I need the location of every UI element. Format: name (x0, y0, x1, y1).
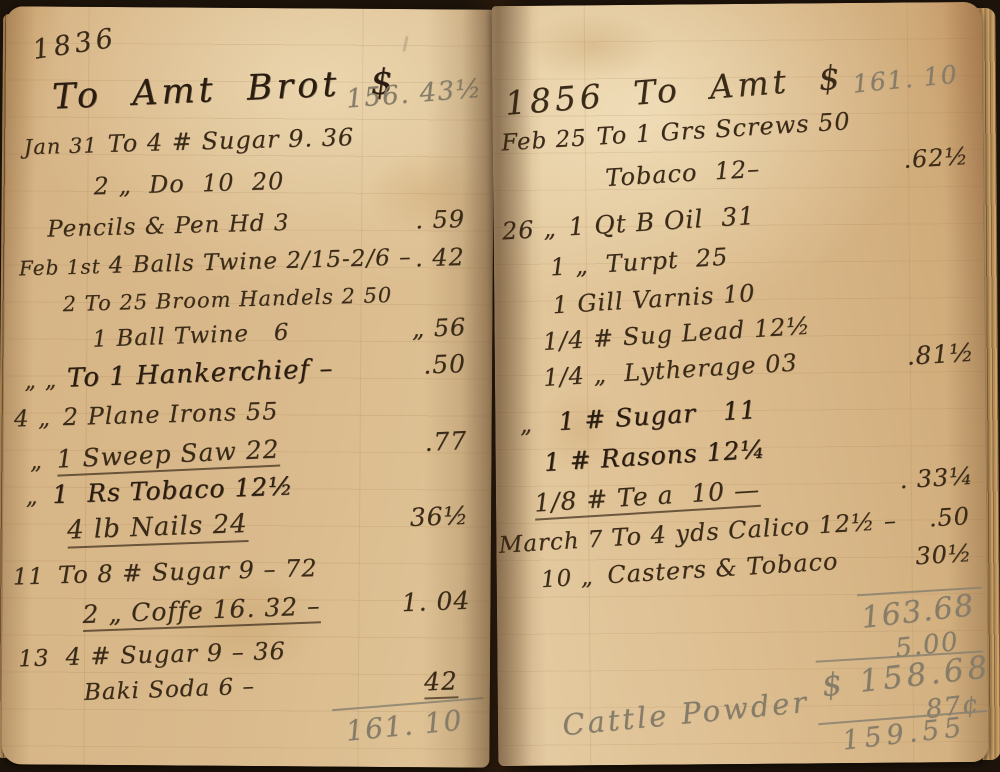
entry-value: . 42 (415, 243, 466, 272)
entry-text: 1 Qt B Oil 31 (556, 201, 756, 242)
entry-value: 30½ (915, 539, 973, 570)
left-page: 1836 To Amt Brot $ 156. 43½ Jan 31 To 4 … (1, 6, 494, 767)
entry-value: .62½ (903, 142, 970, 174)
entry-value: . 59 (415, 205, 466, 234)
left-total-pencil: 161. 10 (344, 703, 464, 747)
entry-text: 2 Plane Irons 55 (50, 397, 278, 431)
ledger-row: 4 „ 2 Plane Irons 55 (4, 391, 493, 433)
entry-date: Jan 31 (6, 133, 99, 160)
entry-text: 2 „ Coffe 16. 32 – (82, 591, 321, 632)
entry-date: „ „ (4, 368, 58, 395)
right-page: 1856 To Amt $ 161. 10 Feb 25 To 1 Grs Sc… (492, 2, 989, 766)
entry-text: 1 # Sugar 11 (532, 395, 758, 438)
entry-text: 1 Rs Tobaco 12½ (38, 471, 294, 509)
pencil-subtotal: 163.68 (859, 588, 976, 636)
entry-date: 26 „ (493, 214, 557, 246)
entry-text: 1 Sweep Saw 22 (56, 435, 280, 477)
entry-text: To 8 # Sugar 9 – 72 (44, 554, 318, 590)
entry-value: .77 (424, 426, 468, 457)
entry-date: „ (495, 412, 533, 440)
entry-value: .81½ (906, 338, 976, 371)
entry-text: 4 Balls Twine 2/15-2/6 – (100, 244, 412, 279)
ledger-row: Jan 31 To 4 # Sugar 9. 36 (5, 119, 494, 161)
entry-date: March 7 (496, 526, 604, 558)
ledger-book: 1836 To Amt Brot $ 156. 43½ Jan 31 To 4 … (0, 0, 1000, 772)
entry-date: Feb 25 (492, 125, 587, 157)
entry-value: .50 (928, 502, 971, 532)
entry-text: 1 Ball Twine 6 (4, 320, 290, 356)
ledger-row: 2 To 25 Broom Handels 2 50 (4, 280, 492, 318)
entry-text: To 1 Hankerchief – (56, 354, 333, 394)
ledger-row: 1 Ball Twine 6 „ 56 (4, 312, 493, 356)
ledger-row: 2 „ Coffe 16. 32 – 1. 04 (2, 585, 491, 635)
entry-date: 4 „ (4, 406, 52, 433)
entry-date: 11 (2, 564, 44, 591)
ledger-row: „ „ To 1 Hankerchief – .50 (4, 348, 493, 396)
entry-text: 4 lb Nails 24 (67, 509, 249, 549)
ledger-row: 13 4 # Sugar 9 – 36 (2, 631, 491, 673)
entry-value: . 33¼ (899, 462, 975, 494)
entry-value: .50 (423, 349, 467, 380)
ledger-row: 11 To 8 # Sugar 9 – 72 (2, 549, 491, 591)
stain (522, 11, 663, 82)
entry-text: To 4 # Sugar 9. 36 (97, 123, 354, 158)
ledger-row: Pencils & Pen Hd 3 . 59 (5, 204, 494, 244)
entry-date: 13 (2, 645, 50, 672)
ledger-row: Feb 1st 4 Balls Twine 2/15-2/6 – . 42 (5, 242, 494, 282)
entry-date: Feb 1st (5, 254, 101, 281)
entry-date: 10 „ (496, 564, 594, 596)
entry-text: 4 # Sugar 9 – 36 (49, 637, 286, 672)
entry-date: „ (3, 484, 39, 511)
entry-text: Casters & Tobaco (593, 547, 840, 590)
entry-value: 1. 04 (401, 586, 471, 617)
entry-text: 1 # Rasons 12¼ (495, 435, 766, 480)
pencil-grand-total: 159.55 (841, 712, 968, 757)
entry-text: 2 To 25 Broom Handels 2 50 (4, 283, 392, 318)
entry-text: Pencils & Pen Hd 3 (5, 210, 290, 244)
ledger-row: 2 „ Do 10 20 (5, 161, 494, 203)
entry-text: 1 „ Turpt 25 (493, 243, 729, 285)
right-header-pencil-amount: 161. 10 (851, 60, 959, 99)
left-year: 1836 (31, 23, 119, 66)
entry-text: Baki Soda 6 – (2, 674, 256, 709)
entry-value: „ 56 (411, 313, 467, 343)
entry-value: 42 (423, 666, 458, 699)
entry-date: „ (3, 448, 43, 476)
entry-value: 36½ (409, 501, 469, 532)
entry-text: 1/8 # Te a 10 — (533, 475, 761, 521)
entry-text: 2 „ Do 10 20 (5, 167, 285, 203)
pencil-note: Cattle Powder (561, 685, 811, 743)
entry-text: Tobaco 12– (493, 155, 761, 199)
entry-text: To 1 Grs Screws 50 (586, 107, 852, 151)
